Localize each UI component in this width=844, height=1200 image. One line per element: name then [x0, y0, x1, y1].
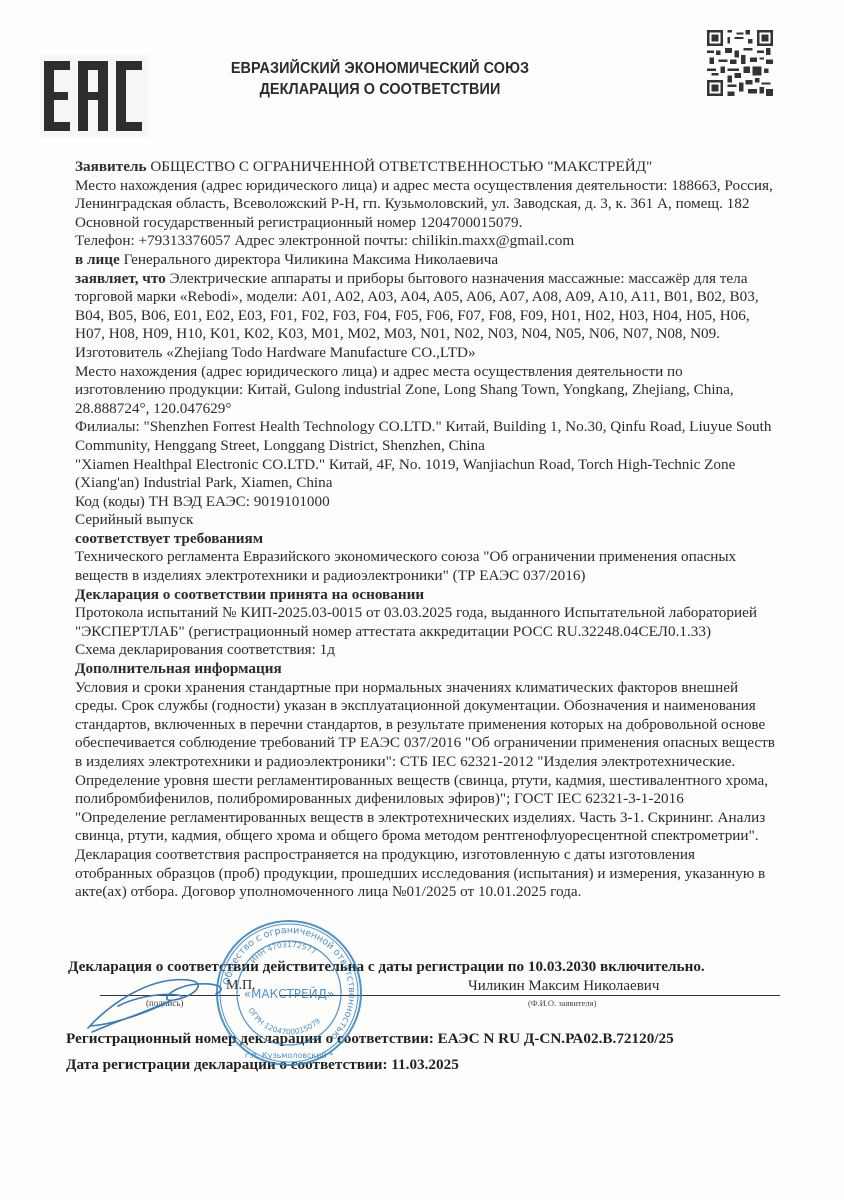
represented-label: в лице: [75, 251, 120, 268]
represented-by: Генерального директора Чиликина Максима …: [120, 251, 498, 268]
declares-label: заявляет, что: [75, 270, 166, 287]
conforms-heading: соответствует требованиям: [75, 530, 775, 549]
declaration-body: Заявитель ОБЩЕСТВО С ОГРАНИЧЕННОЙ ОТВЕТС…: [75, 158, 775, 902]
additional-heading: Дополнительная информация: [75, 660, 775, 679]
signature-caption: (подпись): [146, 998, 183, 1008]
fio-caption: (Ф.И.О. заявителя): [528, 998, 596, 1008]
svg-text:«МАКСТРЕЙД»: «МАКСТРЕЙД»: [244, 986, 335, 1001]
applicant-name: ОБЩЕСТВО С ОГРАНИЧЕННОЙ ОТВЕТСТВЕННОСТЬЮ…: [147, 158, 653, 175]
qr-code-icon: [706, 30, 774, 96]
applicant-address: Место нахождения (адрес юридического лиц…: [75, 177, 775, 214]
signature-line: [100, 995, 240, 996]
tn-ved-code: Код (коды) ТН ВЭД ЕАЭС: 9019101000: [75, 493, 775, 512]
document-header: ЕВРАЗИЙСКИЙ ЭКОНОМИЧЕСКИЙ СОЮЗ ДЕКЛАРАЦИ…: [175, 58, 584, 100]
release-type: Серийный выпуск: [75, 511, 775, 530]
registration-date: Дата регистрации декларации о соответств…: [66, 1056, 459, 1074]
branch-2: "Xiamen Healthpal Electronic CO.LTD." Ки…: [75, 456, 775, 493]
represented-line: в лице Генерального директора Чиликина М…: [75, 251, 775, 270]
regulation: Технического регламента Евразийского эко…: [75, 548, 775, 585]
branch-1: Филиалы: "Shenzhen Forrest Health Techno…: [75, 418, 775, 455]
basis-text: Протокола испытаний № КИП-2025.03-0015 о…: [75, 604, 775, 641]
declaration-title: ДЕКЛАРАЦИЯ О СООТВЕТСТВИИ: [175, 79, 584, 100]
registration-number: Регистрационный номер декларации о соотв…: [66, 1030, 674, 1048]
validity-statement: Декларация о соответствии действительна …: [68, 958, 705, 976]
basis-heading: Декларация о соответствии принята на осн…: [75, 586, 775, 605]
union-title: ЕВРАЗИЙСКИЙ ЭКОНОМИЧЕСКИЙ СОЮЗ: [175, 58, 584, 79]
product-description: Электрические аппараты и приборы бытовог…: [75, 270, 759, 343]
applicant-label: Заявитель: [75, 158, 147, 175]
eac-logo-icon: [40, 55, 148, 137]
applicant-ogrn: Основной государственный регистрационный…: [75, 214, 775, 233]
declaration-scheme: Схема декларирования соответствия: 1д: [75, 641, 775, 660]
additional-info: Условия и сроки хранения стандартные при…: [75, 679, 775, 902]
applicant-line: Заявитель ОБЩЕСТВО С ОГРАНИЧЕННОЙ ОТВЕТС…: [75, 158, 775, 177]
applicant-contacts: Телефон: +79313376057 Адрес электронной …: [75, 232, 775, 251]
signatory-name: Чиликин Максим Николаевич: [468, 978, 659, 995]
declares-line: заявляет, что Электрические аппараты и п…: [75, 270, 775, 344]
seal-place-label: М.П.: [226, 978, 256, 994]
manufacturer-address: Место нахождения (адрес юридического лиц…: [75, 363, 775, 419]
manufacturer: Изготовитель «Zhejiang Todo Hardware Man…: [75, 344, 775, 363]
name-line: [280, 995, 780, 996]
